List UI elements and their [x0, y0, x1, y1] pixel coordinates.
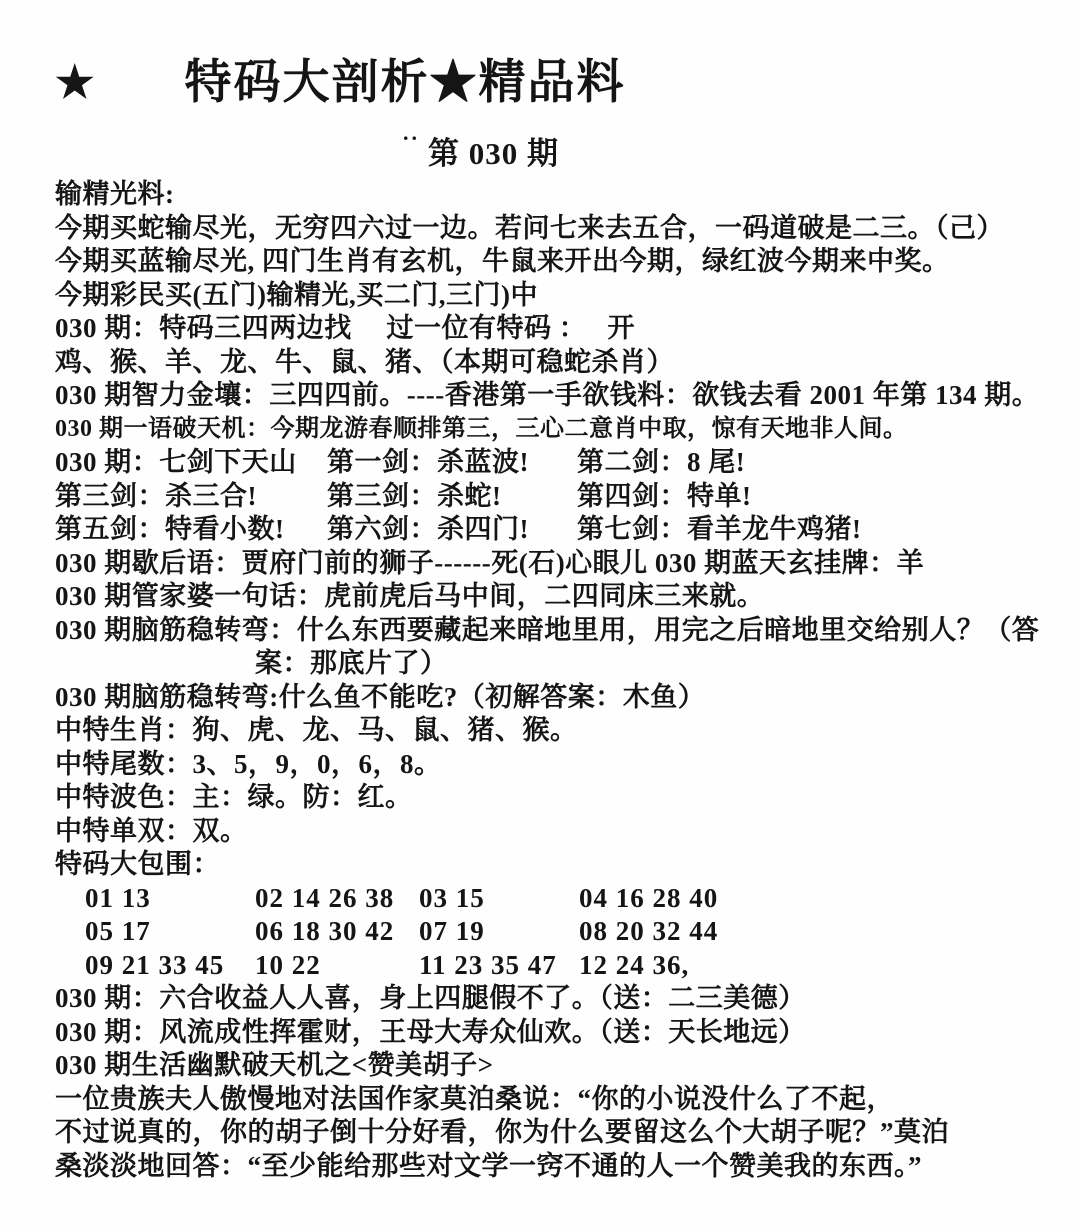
baowei-number-table: 01 13 02 14 26 38 03 15 04 16 28 40 05 1… — [55, 882, 1060, 983]
issue-row: .. 第 030 期 — [0, 122, 1080, 174]
riddle1-line-2: 案：那底片了） — [55, 647, 1060, 681]
baowei-cell: 02 14 26 38 — [255, 882, 419, 916]
title-row: ★ 特码大剖析★精品料 — [0, 0, 1080, 118]
guanjiapo-line: 030 期管家婆一句话：虎前虎后马中间，二四同床三来就。 — [55, 580, 1060, 614]
swords-row1-col3: 第二剑：8 尾! — [577, 446, 1060, 480]
swords-row2-col1: 第三剑：杀三合! — [55, 480, 327, 514]
swords-row2-col2: 第三剑：杀蛇! — [327, 480, 577, 514]
swords-row-2: 第三剑：杀三合! 第三剑：杀蛇! 第四剑：特单! — [55, 480, 1060, 514]
intro-line-2: 今期买蓝输尽光, 四门生肖有玄机，牛鼠来开出今期，绿红波今期来中奖。 — [55, 245, 1060, 279]
xiehouyu-line: 030 期歇后语：贾府门前的狮子------死(石)心眼儿 030 期蓝天玄挂牌… — [55, 547, 1060, 581]
humor-heading: 030 期生活幽默破天机之<赞美胡子> — [55, 1049, 1060, 1083]
page-title: 特码大剖析★精品料 — [184, 48, 625, 118]
swords-row3-col3: 第七剑：看羊龙牛鸡猪! — [577, 513, 1060, 547]
baowei-row-2: 05 17 06 18 30 42 07 19 08 20 32 44 — [85, 915, 1060, 949]
baowei-cell: 11 23 35 47 — [419, 949, 579, 983]
baowei-cell: 06 18 30 42 — [255, 915, 419, 949]
swords-row3-col1: 第五剑：特看小数! — [55, 513, 327, 547]
humor-line-3: 桑淡淡地回答：“至少能给那些对文学一窍不通的人一个赞美我的东西。” — [55, 1150, 1060, 1184]
zhongte-weishu-line: 中特尾数：3、5，9，0，6，8。 — [55, 748, 1060, 782]
zodiac-list-line: 鸡、猴、羊、龙、牛、鼠、猪、（本期可稳蛇杀肖） — [55, 346, 1060, 380]
baowei-heading: 特码大包围： — [55, 848, 1060, 882]
tip-main-line: 030 期：特码三四两边找 过一位有特码 ： 开 — [55, 312, 1060, 346]
document-page: ★ 特码大剖析★精品料 .. 第 030 期 输精光料: 今期买蛇输尽光，无穷四… — [0, 0, 1080, 1227]
ending-line-2: 030 期：风流成性挥霍财，王母大寿众仙欢。（送：天长地远） — [55, 1016, 1060, 1050]
baowei-cell: 05 17 — [85, 915, 255, 949]
baowei-cell: 07 19 — [419, 915, 579, 949]
swords-row-3: 第五剑：特看小数! 第六剑：杀四门! 第七剑：看羊龙牛鸡猪! — [55, 513, 1060, 547]
swords-row1-col1: 030 期：七剑下天山 — [55, 446, 327, 480]
issue-number: 第 030 期 — [428, 128, 559, 173]
baowei-cell: 12 24 36, — [579, 949, 1060, 983]
humor-line-1: 一位贵族夫人傲慢地对法国作家莫泊桑说：“你的小说没什么了不起， — [55, 1083, 1060, 1117]
baowei-cell: 03 15 — [419, 882, 579, 916]
secret-line: 030 期一语破天机：今期龙游春顺排第三，三心二意肖中取，惊有天地非人间。 — [55, 413, 1060, 447]
zhongte-danshuang-line: 中特单双：双。 — [55, 815, 1060, 849]
intro-line-3: 今期彩民买(五门)输精光,买二门,三门)中 — [55, 279, 1060, 313]
star-icon: ★ — [55, 48, 94, 118]
swords-row2-col3: 第四剑：特单! — [577, 480, 1060, 514]
baowei-row-3: 09 21 33 45 10 22 11 23 35 47 12 24 36, — [85, 949, 1060, 983]
baowei-cell: 09 21 33 45 — [85, 949, 255, 983]
baowei-cell: 01 13 — [85, 882, 255, 916]
baowei-cell: 04 16 28 40 — [579, 882, 1060, 916]
zhongte-shengxiao-line: 中特生肖：狗、虎、龙、马、鼠、猪、猴。 — [55, 714, 1060, 748]
intro-line-1: 今期买蛇输尽光，无穷四六过一边。若问七来去五合，一码道破是二三。（己） — [55, 212, 1060, 246]
baowei-cell: 10 22 — [255, 949, 419, 983]
document-body: 输精光料: 今期买蛇输尽光，无穷四六过一边。若问七来去五合，一码道破是二三。（己… — [0, 178, 1080, 1183]
ending-line-1: 030 期：六合收益人人喜，身上四腿假不了。（送：二三美德） — [55, 982, 1060, 1016]
swords-row-1: 030 期：七剑下天山 第一剑：杀蓝波! 第二剑：8 尾! — [55, 446, 1060, 480]
swords-row3-col2: 第六剑：杀四门! — [327, 513, 577, 547]
intro-heading: 输精光料: — [55, 178, 1060, 212]
riddle1-line-1: 030 期脑筋稳转弯：什么东西要藏起来暗地里用，用完之后暗地里交给别人？（答 — [55, 614, 1060, 648]
riddle2-line: 030 期脑筋稳转弯:什么鱼不能吃?（初解答案：木鱼） — [55, 681, 1060, 715]
wisdom-line: 030 期智力金壤：三四四前。----香港第一手欲钱料：欲钱去看 2001 年第… — [55, 379, 1060, 413]
baowei-cell: 08 20 32 44 — [579, 915, 1060, 949]
humor-line-2: 不过说真的，你的胡子倒十分好看，你为什么要留这么个大胡子呢？”莫泊 — [55, 1116, 1060, 1150]
zhongte-bose-line: 中特波色：主：绿。防：红。 — [55, 781, 1060, 815]
baowei-row-1: 01 13 02 14 26 38 03 15 04 16 28 40 — [85, 882, 1060, 916]
swords-row1-col2: 第一剑：杀蓝波! — [327, 446, 577, 480]
dots-mark: .. — [403, 120, 420, 146]
